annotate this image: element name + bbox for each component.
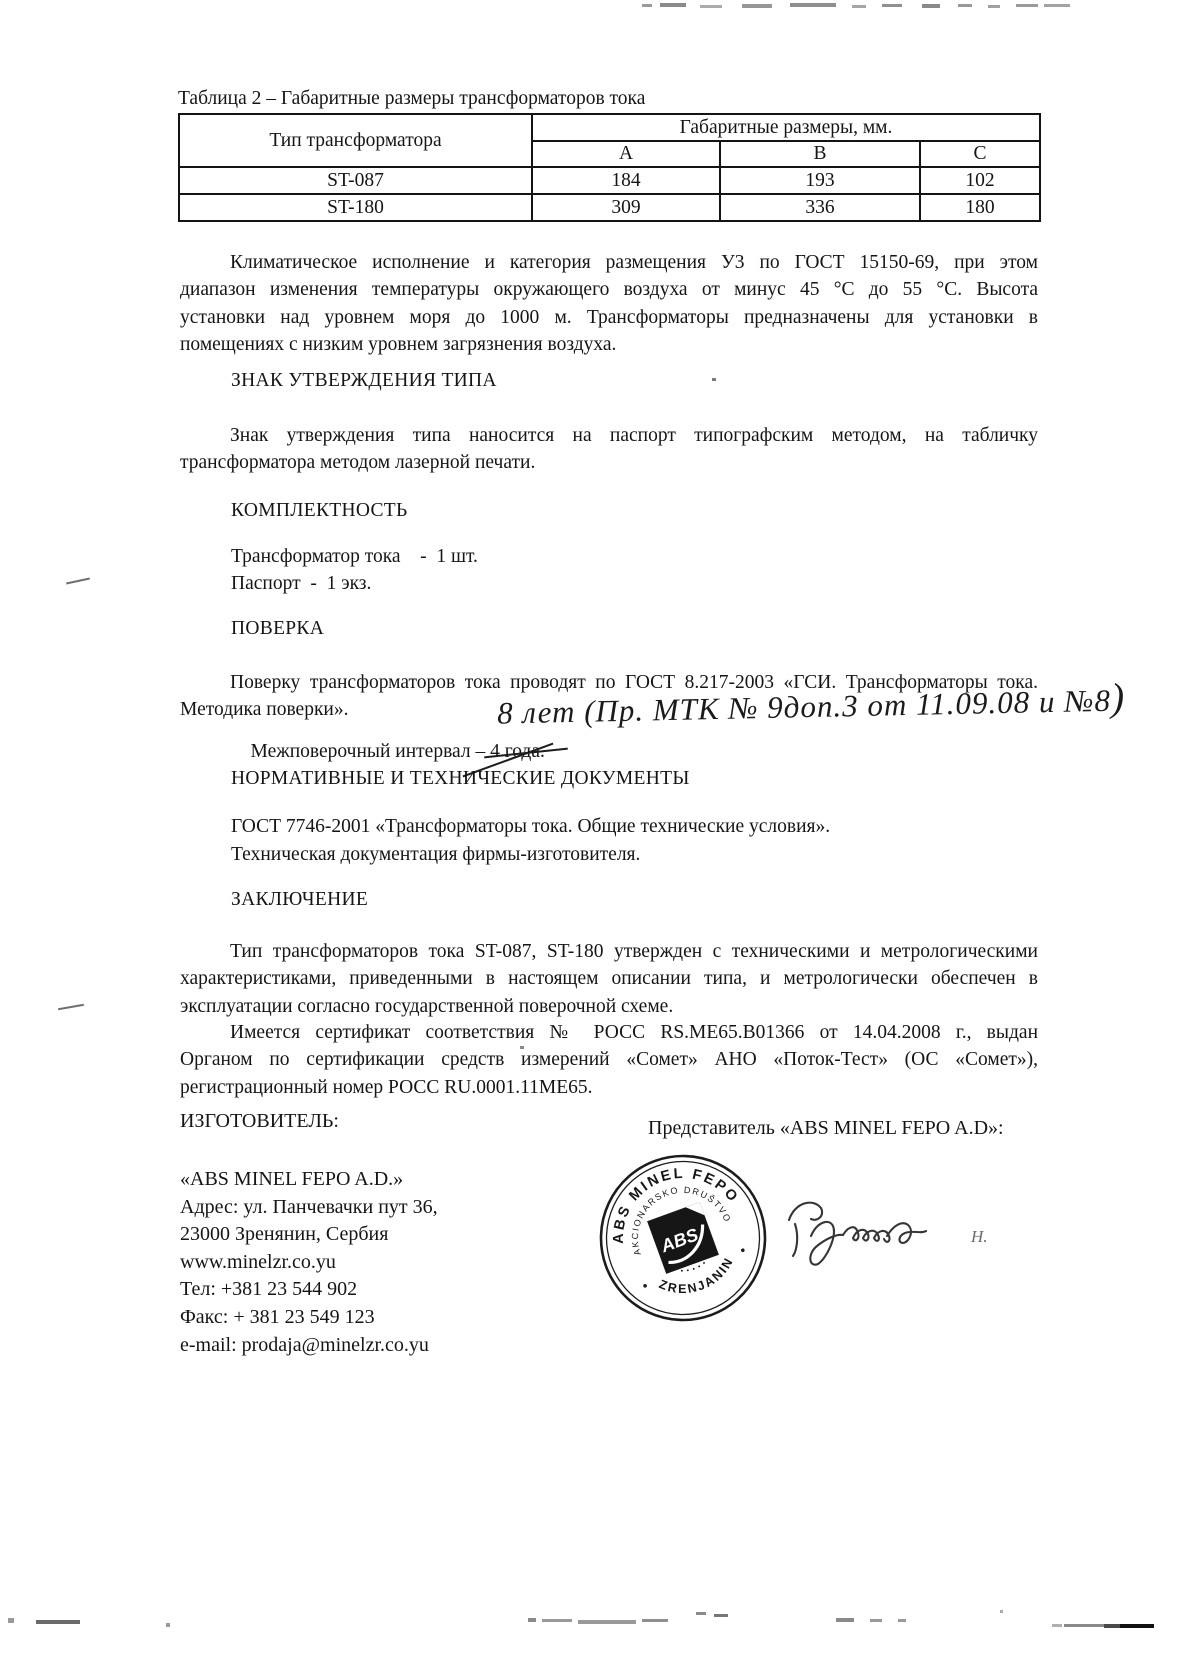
paragraph-line: диапазон изменения температуры окружающе… bbox=[180, 276, 1038, 303]
cell-c: 102 bbox=[920, 167, 1040, 194]
table-header-dimensions-group: Габаритные размеры, мм. bbox=[532, 114, 1040, 141]
section-heading-conclusion: ЗАКЛЮЧЕНИЕ bbox=[231, 889, 368, 911]
section-heading-completeness: КОМПЛЕКТНОСТЬ bbox=[231, 500, 408, 522]
interval-struck-text: 4 года. bbox=[490, 741, 545, 763]
cell-a: 184 bbox=[532, 167, 720, 194]
scan-artifact-tick bbox=[58, 1004, 84, 1010]
scan-artifact-dot bbox=[712, 378, 716, 381]
paragraph-line: Имеется сертификат соответствия № РОСС R… bbox=[180, 1019, 1038, 1046]
paragraph-line: Климатическое исполнение и категория раз… bbox=[180, 249, 1038, 276]
address-line: Адрес: ул. Панчевачки пут 36, bbox=[180, 1194, 438, 1222]
cell-b: 193 bbox=[720, 167, 920, 194]
representative-label: Представитель «ABS MINEL FEPO A.D»: bbox=[648, 1117, 1004, 1140]
manufacturer-heading: ИЗГОТОВИТЕЛЬ: bbox=[180, 1110, 339, 1133]
paragraph-line: характеристиками, приведенными в настоящ… bbox=[180, 965, 1038, 992]
cell-c: 180 bbox=[920, 194, 1040, 221]
completeness-item: Трансформатор тока - 1 шт. bbox=[231, 546, 478, 568]
table-header-A: A bbox=[532, 141, 720, 167]
table-header-B: B bbox=[720, 141, 920, 167]
address-line: Тел: +381 23 544 902 bbox=[180, 1276, 438, 1304]
conclusion-paragraph-1: Тип трансформаторов тока ST-087, ST-180 … bbox=[180, 938, 1038, 1020]
company-stamp: ABS MINEL FEPO AKCIONARSKO DRUŠTVO ZRENJ… bbox=[595, 1150, 771, 1326]
manufacturer-address: «ABS MINEL FEPO A.D.» Адрес: ул. Панчева… bbox=[180, 1166, 438, 1359]
stamp-side-dot bbox=[741, 1248, 746, 1253]
signature-name-suffix: Н. bbox=[970, 1227, 988, 1246]
paragraph-line: Тип трансформаторов тока ST-087, ST-180 … bbox=[180, 938, 1038, 965]
table-caption: Таблица 2 – Габаритные размеры трансформ… bbox=[178, 88, 645, 110]
address-line: 23000 Зренянин, Сербия bbox=[180, 1221, 438, 1249]
address-line: «ABS MINEL FEPO A.D.» bbox=[180, 1166, 438, 1194]
handwritten-note-paren: ) bbox=[1110, 674, 1125, 719]
completeness-item: Паспорт - 1 экз. bbox=[231, 573, 371, 595]
paragraph-line: помещениях с низким уровнем загрязнения … bbox=[180, 331, 1038, 358]
cell-type: ST-087 bbox=[179, 167, 532, 194]
table-row: ST-180 309 336 180 bbox=[179, 194, 1040, 221]
cell-type: ST-180 bbox=[179, 194, 532, 221]
paragraph-line: установки над уровнем моря до 1000 м. Тр… bbox=[180, 304, 1038, 331]
stamp-side-dot bbox=[643, 1284, 648, 1289]
paragraph-line: трансформатора методом лазерной печати. bbox=[180, 449, 1038, 476]
paragraph-line: эксплуатации согласно государственной по… bbox=[180, 993, 1038, 1020]
approval-paragraph: Знак утверждения типа наносится на паспо… bbox=[180, 422, 1038, 477]
signature: Н. bbox=[775, 1180, 1015, 1290]
address-line: www.minelzr.co.yu bbox=[180, 1249, 438, 1277]
scan-artifact-tick bbox=[66, 578, 90, 585]
table-header-type: Тип трансформатора bbox=[179, 114, 532, 167]
cell-a: 309 bbox=[532, 194, 720, 221]
section-heading-approval: ЗНАК УТВЕРЖДЕНИЯ ТИПА bbox=[231, 370, 497, 392]
address-line: e-mail: prodaja@minelzr.co.yu bbox=[180, 1332, 438, 1360]
climate-paragraph: Климатическое исполнение и категория раз… bbox=[180, 249, 1038, 359]
scanned-document-page: Таблица 2 – Габаритные размеры трансформ… bbox=[0, 0, 1181, 1662]
normative-item: Техническая документация фирмы-изготовит… bbox=[231, 844, 640, 866]
section-heading-verification: ПОВЕРКА bbox=[231, 618, 324, 640]
paragraph-line: Органом по сертификации средств измерени… bbox=[180, 1046, 1038, 1073]
dimensions-table: Тип трансформатора Габаритные размеры, м… bbox=[178, 113, 1041, 222]
section-heading-normative: НОРМАТИВНЫЕ И ТЕХНИЧЕСКИЕ ДОКУМЕНТЫ bbox=[231, 768, 690, 790]
address-line: Факс: + 381 23 549 123 bbox=[180, 1304, 438, 1332]
table-row: ST-087 184 193 102 bbox=[179, 167, 1040, 194]
cell-b: 336 bbox=[720, 194, 920, 221]
paragraph-line: Знак утверждения типа наносится на паспо… bbox=[180, 422, 1038, 449]
conclusion-paragraph-2: Имеется сертификат соответствия № РОСС R… bbox=[180, 1019, 1038, 1101]
interval-prefix: Межповерочный интервал – bbox=[251, 741, 491, 762]
normative-item: ГОСТ 7746-2001 «Трансформаторы тока. Общ… bbox=[231, 816, 830, 838]
paragraph-line: регистрационный номер РОСС RU.0001.11МЕ6… bbox=[180, 1074, 1038, 1101]
table-header-C: C bbox=[920, 141, 1040, 167]
